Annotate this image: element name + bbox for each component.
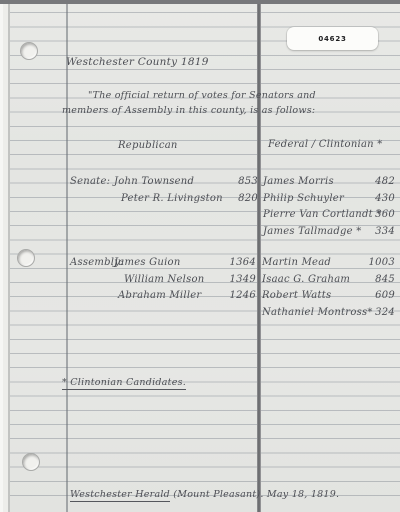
vote-count: 1246 xyxy=(226,290,256,302)
candidate-name: James Morris xyxy=(263,176,334,188)
candidate-name: Martin Mead xyxy=(262,257,331,269)
margin-line xyxy=(66,4,68,512)
vote-count: 1364 xyxy=(226,257,256,269)
scanned-document-page: 04623 Westchester County 1819 "The offic… xyxy=(0,0,400,512)
vote-count: 482 xyxy=(367,176,395,188)
vote-count: 853 xyxy=(228,176,258,188)
catalog-number: 04623 xyxy=(318,35,346,43)
senate-label: Senate: xyxy=(70,176,110,188)
paper-left-edge xyxy=(0,4,10,512)
catalog-sticker: 04623 xyxy=(287,27,378,50)
citation: Westchester Herald (Mount Pleasant). May… xyxy=(70,489,339,501)
vote-count: 609 xyxy=(367,290,395,302)
footnote-text: * Clintonian Candidates. xyxy=(62,377,186,390)
intro-line-2: members of Assembly in this county, is a… xyxy=(62,105,315,117)
column-header-republican: Republican xyxy=(118,140,178,152)
ruled-lines xyxy=(10,4,400,512)
candidate-name: James Guion xyxy=(114,257,181,269)
candidate-name: Peter R. Livingston xyxy=(121,193,223,205)
candidate-name: Abraham Miller xyxy=(118,290,201,302)
hole-punch-bottom xyxy=(22,453,40,471)
hole-punch-top xyxy=(20,42,38,60)
candidate-name: James Tallmadge * xyxy=(263,226,362,238)
column-header-federal-clintonian: Federal / Clintonian * xyxy=(268,139,383,151)
page-title: Westchester County 1819 xyxy=(66,56,209,68)
vote-count: 820 xyxy=(228,193,258,205)
candidate-name: Robert Watts xyxy=(262,290,331,302)
vote-count: 1003 xyxy=(367,257,395,269)
vote-count: 1349 xyxy=(226,274,256,286)
candidate-name: William Nelson xyxy=(124,274,204,286)
vote-count: 324 xyxy=(367,307,395,319)
citation-rest: (Mount Pleasant). May 18, 1819. xyxy=(170,489,339,500)
scan-seam-line xyxy=(257,4,261,512)
intro-line-1: "The official return of votes for Senato… xyxy=(88,90,316,102)
candidate-name: Pierre Van Cortlandt * xyxy=(263,209,382,221)
vote-count: 845 xyxy=(367,274,395,286)
candidate-name: John Townsend xyxy=(114,176,194,188)
footnote: * Clintonian Candidates. xyxy=(62,377,186,389)
citation-source: Westchester Herald xyxy=(70,489,170,502)
candidate-name: Philip Schuyler xyxy=(263,193,344,205)
candidate-name: Nathaniel Montross* xyxy=(262,307,373,319)
vote-count: 360 xyxy=(367,209,395,221)
vote-count: 334 xyxy=(367,226,395,238)
vote-count: 430 xyxy=(367,193,395,205)
candidate-name: Isaac G. Graham xyxy=(262,274,350,286)
hole-punch-middle xyxy=(17,249,35,267)
